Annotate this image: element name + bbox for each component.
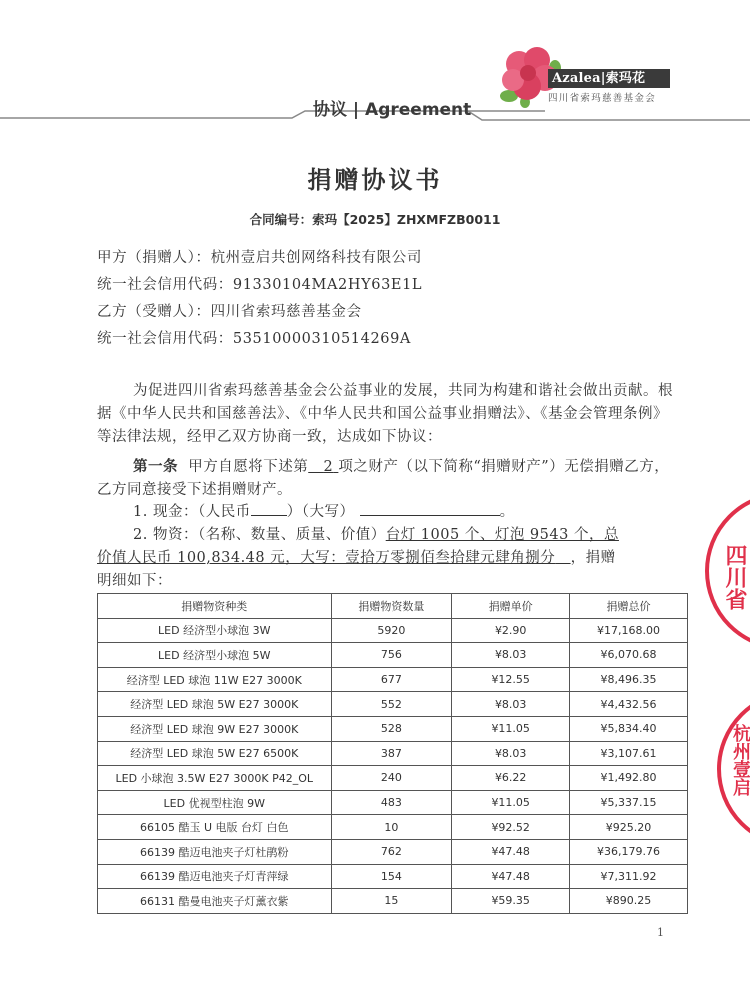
item-qty: 154 — [331, 864, 452, 889]
item-qty: 10 — [331, 815, 452, 840]
cash-label: 1. 现金：（人民币 — [133, 504, 251, 520]
cash-line: 1. 现金：（人民币）（大写） 。 — [97, 501, 677, 524]
table-row: 经济型 LED 球泡 11W E27 3000K677¥12.55¥8,496.… — [98, 667, 688, 692]
item-total: ¥3,107.61 — [570, 741, 688, 766]
item-qty: 677 — [331, 667, 452, 692]
goods-line: 2. 物资：（名称、数量、质量、价值）台灯 1005 个、灯泡 9543 个，总… — [97, 524, 677, 593]
document-title: 捐赠协议书 — [0, 160, 750, 195]
article-1-text-before: 甲方自愿将下述第 — [188, 459, 308, 475]
recipient-credit-line: 统一社会信用代码：53510000310514269A — [97, 327, 411, 348]
table-row: 经济型 LED 球泡 9W E27 3000K528¥11.05¥5,834.4… — [98, 716, 688, 741]
table-row: 66131 酷曼电池夹子灯薰衣紫15¥59.35¥890.25 — [98, 889, 688, 914]
table-row: LED 小球泡 3.5W E27 3000K P42_OL240¥6.22¥1,… — [98, 766, 688, 791]
item-unit-price: ¥2.90 — [452, 618, 570, 643]
item-unit-price: ¥11.05 — [452, 790, 570, 815]
table-header-row: 捐赠物资种类 捐赠物资数量 捐赠单价 捐赠总价 — [98, 594, 688, 619]
article-1-paragraph: 第一条 甲方自愿将下述第 2 项之财产（以下简称“捐赠财产”）无偿捐赠乙方，乙方… — [97, 455, 677, 502]
item-qty: 528 — [331, 716, 452, 741]
item-name: 经济型 LED 球泡 11W E27 3000K — [98, 667, 332, 692]
item-unit-price: ¥8.03 — [452, 692, 570, 717]
header-item-type: 捐赠物资种类 — [98, 594, 332, 619]
item-name: LED 优视型柱泡 9W — [98, 790, 332, 815]
recipient-seal-stamp: 四川省 — [705, 492, 750, 650]
item-qty: 552 — [331, 692, 452, 717]
preamble-paragraph: 为促进四川省索玛慈善基金会公益事业的发展，共同为构建和谐社会做出贡献。根据《中华… — [97, 380, 677, 449]
item-name: 66139 酷迈电池夹子灯杜鹃粉 — [98, 839, 332, 864]
seal-text: 四川省 — [719, 544, 750, 610]
table-row: 66105 酷玉 U 电版 台灯 白色10¥92.52¥925.20 — [98, 815, 688, 840]
item-qty: 15 — [331, 889, 452, 914]
recipient-credit-code: 53510000310514269A — [233, 331, 411, 347]
table-row: LED 经济型小球泡 3W5920¥2.90¥17,168.00 — [98, 618, 688, 643]
item-name: 经济型 LED 球泡 5W E27 6500K — [98, 741, 332, 766]
item-unit-price: ¥92.52 — [452, 815, 570, 840]
item-qty: 762 — [331, 839, 452, 864]
recipient-name: 四川省索玛慈善基金会 — [211, 304, 362, 320]
item-name: LED 小球泡 3.5W E27 3000K P42_OL — [98, 766, 332, 791]
donor-credit-label: 统一社会信用代码： — [97, 277, 233, 293]
item-name: 经济型 LED 球泡 9W E27 3000K — [98, 716, 332, 741]
donor-credit-line: 统一社会信用代码：91330104MA2HY63E1L — [97, 273, 422, 294]
item-total: ¥8,496.35 — [570, 667, 688, 692]
item-name: LED 经济型小球泡 3W — [98, 618, 332, 643]
logo-brand: Azalea|索玛花 — [548, 69, 670, 88]
cash-mid: ）（大写） — [287, 504, 355, 520]
table-row: 经济型 LED 球泡 5W E27 6500K387¥8.03¥3,107.61 — [98, 741, 688, 766]
article-1-item-number: 2 — [308, 459, 338, 475]
item-unit-price: ¥59.35 — [452, 889, 570, 914]
table-row: 66139 酷迈电池夹子灯青萍绿154¥47.48¥7,311.92 — [98, 864, 688, 889]
recipient-credit-label: 统一社会信用代码： — [97, 331, 233, 347]
item-total: ¥4,432.56 — [570, 692, 688, 717]
section-title: 协议 | Agreement — [313, 95, 471, 120]
contract-number: 合同编号：索玛【2025】ZHXMFZB0011 — [0, 210, 750, 228]
donor-credit-code: 91330104MA2HY63E1L — [233, 277, 422, 293]
item-qty: 5920 — [331, 618, 452, 643]
item-unit-price: ¥47.48 — [452, 864, 570, 889]
logo-subtitle: 四川省索玛慈善基金会 — [548, 90, 673, 104]
donation-items-table: 捐赠物资种类 捐赠物资数量 捐赠单价 捐赠总价 LED 经济型小球泡 3W592… — [97, 593, 688, 914]
goods-suffix2: 明细如下： — [97, 573, 172, 589]
cash-amount-blank — [251, 501, 287, 516]
item-total: ¥6,070.68 — [570, 643, 688, 668]
donor-name: 杭州壹启共创网络科技有限公司 — [211, 250, 422, 266]
article-1-text-after: 项之财产（以下简称“捐赠财产”）无偿捐赠乙方，乙方同意接受下述捐赠财产。 — [97, 459, 669, 498]
item-qty: 387 — [331, 741, 452, 766]
article-1-heading: 第一条 — [133, 458, 178, 475]
donor-label: 甲方（捐赠人）： — [97, 250, 211, 266]
header-quantity: 捐赠物资数量 — [331, 594, 452, 619]
table-row: LED 经济型小球泡 5W756¥8.03¥6,070.68 — [98, 643, 688, 668]
cash-end: 。 — [500, 504, 515, 520]
donor-seal-stamp: 杭州壹启 — [717, 690, 750, 848]
table-row: 66139 酷迈电池夹子灯杜鹃粉762¥47.48¥36,179.76 — [98, 839, 688, 864]
item-qty: 756 — [331, 643, 452, 668]
goods-value-part2: 价值人民币 100,834.48 元，大写：壹拾万零捌佰叁拾肆元肆角捌分 — [97, 550, 555, 566]
item-number-value: 2 — [324, 459, 334, 475]
item-total: ¥17,168.00 — [570, 618, 688, 643]
table-row: LED 优视型柱泡 9W483¥11.05¥5,337.15 — [98, 790, 688, 815]
item-unit-price: ¥8.03 — [452, 741, 570, 766]
goods-label: 2. 物资：（名称、数量、质量、价值） — [133, 527, 386, 543]
item-name: 66131 酷曼电池夹子灯薰衣紫 — [98, 889, 332, 914]
item-name: 66139 酷迈电池夹子灯青萍绿 — [98, 864, 332, 889]
item-unit-price: ¥11.05 — [452, 716, 570, 741]
item-qty: 240 — [331, 766, 452, 791]
page-number: 1 — [657, 926, 664, 939]
recipient-line: 乙方（受赠人）：四川省索玛慈善基金会 — [97, 300, 362, 321]
goods-suffix: ，捐赠 — [571, 550, 616, 566]
recipient-label: 乙方（受赠人）： — [97, 304, 211, 320]
item-total: ¥7,311.92 — [570, 864, 688, 889]
goods-value-part1: 台灯 1005 个、灯泡 9543 个，总 — [386, 527, 619, 543]
item-total: ¥925.20 — [570, 815, 688, 840]
item-name: 经济型 LED 球泡 5W E27 3000K — [98, 692, 332, 717]
header-unit-price: 捐赠单价 — [452, 594, 570, 619]
item-name: 66105 酷玉 U 电版 台灯 白色 — [98, 815, 332, 840]
table-row: 经济型 LED 球泡 5W E27 3000K552¥8.03¥4,432.56 — [98, 692, 688, 717]
item-qty: 483 — [331, 790, 452, 815]
item-unit-price: ¥6.22 — [452, 766, 570, 791]
donor-line: 甲方（捐赠人）：杭州壹启共创网络科技有限公司 — [97, 246, 422, 267]
item-total: ¥5,834.40 — [570, 716, 688, 741]
item-name: LED 经济型小球泡 5W — [98, 643, 332, 668]
item-unit-price: ¥47.48 — [452, 839, 570, 864]
item-total: ¥36,179.76 — [570, 839, 688, 864]
item-unit-price: ¥8.03 — [452, 643, 570, 668]
item-unit-price: ¥12.55 — [452, 667, 570, 692]
header-total-price: 捐赠总价 — [570, 594, 688, 619]
item-total: ¥5,337.15 — [570, 790, 688, 815]
seal-text: 杭州壹启 — [727, 724, 750, 796]
cash-uppercase-blank — [360, 501, 500, 516]
item-total: ¥890.25 — [570, 889, 688, 914]
item-total: ¥1,492.80 — [570, 766, 688, 791]
